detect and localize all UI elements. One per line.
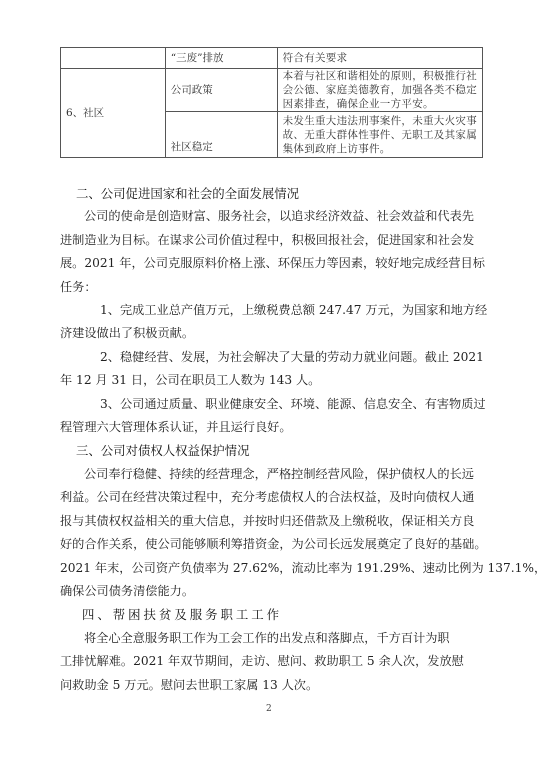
paragraph: 将全心全意服务职工作为工会工作的出发点和落脚点，千方百计为职 工排忧解难。202… bbox=[60, 627, 484, 697]
paragraph: 公司奉行稳健、持续的经营理念，严格控制经营风险，保护债权人的长远 利益。公司在经… bbox=[60, 463, 484, 603]
table-row: “三废”排放 符合有关要求 bbox=[61, 48, 483, 69]
cell-line: 符合有关要求 bbox=[283, 52, 348, 64]
text-line: 工排忧解难。2021 年双节期间，走访、慰问、救助职工 5 余人次，发放慰 bbox=[60, 650, 484, 673]
table-row: 6、社区 公司政策 本着与社区和谐相处的原则，积极推行社 会公德、家庭美德教育，… bbox=[61, 69, 483, 112]
table-cell-description: 符合有关要求 bbox=[277, 48, 482, 69]
text-line: 年 12 月 31 日，公司在职员工人数为 143 人。 bbox=[60, 369, 484, 392]
table-cell-category bbox=[61, 48, 166, 69]
cell-line: 因素排查，确保企业一方平安。 bbox=[283, 97, 477, 111]
text-line: 报与其债权权益相关的重大信息，并按时归还借款及上缴税收，保证相关方良 bbox=[60, 510, 484, 533]
list-item: 1、完成工业总产值万元，上缴税费总额 247.47 万元，为国家和地方经 济建设… bbox=[60, 299, 484, 346]
table-cell-description: 本着与社区和谐相处的原则，积极推行社 会公德、家庭美德教育，加强各类不稳定 因素… bbox=[277, 69, 482, 112]
text-line: 1、完成工业总产值万元，上缴税费总额 247.47 万元，为国家和地方经 bbox=[60, 299, 484, 322]
text-line: 公司奉行稳健、持续的经营理念，严格控制经营风险，保护债权人的长远 bbox=[60, 463, 484, 486]
text-line: 将全心全意服务职工作为工会工作的出发点和落脚点，千方百计为职 bbox=[60, 627, 484, 650]
table-cell-item: “三废”排放 bbox=[165, 48, 277, 69]
text-line: 进制造业为目标。在谋求公司价值过程中，积极回报社会，促进国家和社会发 bbox=[60, 229, 484, 252]
cell-line: 本着与社区和谐相处的原则，积极推行社 bbox=[283, 69, 477, 83]
text-line: 任务： bbox=[60, 276, 484, 299]
text-line: 程管理六大管理体系认证，并且运行良好。 bbox=[60, 416, 484, 439]
list-item: 2、稳健经营、发展，为社会解决了大量的劳动力就业问题。截止 2021 年 12 … bbox=[60, 346, 484, 393]
cell-line: 未发生重大违法刑事案件，未重大火灾事 bbox=[283, 114, 477, 128]
section-heading: 三、公司对债权人权益保护情况 bbox=[60, 439, 484, 462]
table-cell-item: 公司政策 bbox=[165, 69, 277, 112]
text-line: 利益。公司在经营决策过程中，充分考虑债权人的合法权益，及时向债权人通 bbox=[60, 486, 484, 509]
document-page: “三废”排放 符合有关要求 6、社区 公司政策 本着与社区和谐相处的原则，积极推… bbox=[0, 0, 540, 764]
text-line: 3、公司通过质量、职业健康安全、环境、能源、信息安全、有害物质过 bbox=[60, 393, 484, 416]
text-line: 2、稳健经营、发展，为社会解决了大量的劳动力就业问题。截止 2021 bbox=[60, 346, 484, 369]
table-cell-category: 6、社区 bbox=[61, 69, 166, 158]
table-cell-description: 未发生重大违法刑事案件，未重大火灾事 故、无重大群体性事件、无职工及其家属 集体… bbox=[277, 112, 482, 158]
social-responsibility-table: “三废”排放 符合有关要求 6、社区 公司政策 本着与社区和谐相处的原则，积极推… bbox=[60, 47, 483, 158]
section-2: 二、公司促进国家和社会的全面发展情况 公司的使命是创造财富、服务社会，以追求经济… bbox=[60, 182, 484, 697]
cell-line: 会公德、家庭美德教育，加强各类不稳定 bbox=[283, 83, 477, 97]
section-heading: 二、公司促进国家和社会的全面发展情况 bbox=[60, 182, 484, 205]
table-cell-item: 社区稳定 bbox=[165, 112, 277, 158]
text-line: 问救助金 5 万元。慰问去世职工家属 13 人次。 bbox=[60, 674, 484, 697]
text-line: 好的合作关系，使公司能够顺利筹措资金，为公司长远发展奠定了良好的基础。 bbox=[60, 533, 484, 556]
list-item: 3、公司通过质量、职业健康安全、环境、能源、信息安全、有害物质过 程管理六大管理… bbox=[60, 393, 484, 440]
text-line: 济建设做出了积极贡献。 bbox=[60, 322, 484, 345]
text-line: 展。2021 年，公司克服原料价格上涨、环保压力等因素，较好地完成经营目标 bbox=[60, 252, 484, 275]
section-heading: 四、帮困扶贫及服务职工工作 bbox=[60, 603, 484, 626]
paragraph: 公司的使命是创造财富、服务社会，以追求经济效益、社会效益和代表先 进制造业为目标… bbox=[60, 205, 484, 299]
text-line: 2021 年末，公司资产负债率为 27.62%，流动比率为 191.29%、速动… bbox=[60, 557, 484, 580]
page-number: 2 bbox=[266, 704, 272, 714]
cell-line: 集体到政府上访事件。 bbox=[283, 142, 477, 156]
cell-line: 故、无重大群体性事件、无职工及其家属 bbox=[283, 128, 477, 142]
text-line: 公司的使命是创造财富、服务社会，以追求经济效益、社会效益和代表先 bbox=[60, 205, 484, 228]
text-line: 确保公司债务清偿能力。 bbox=[60, 580, 484, 603]
